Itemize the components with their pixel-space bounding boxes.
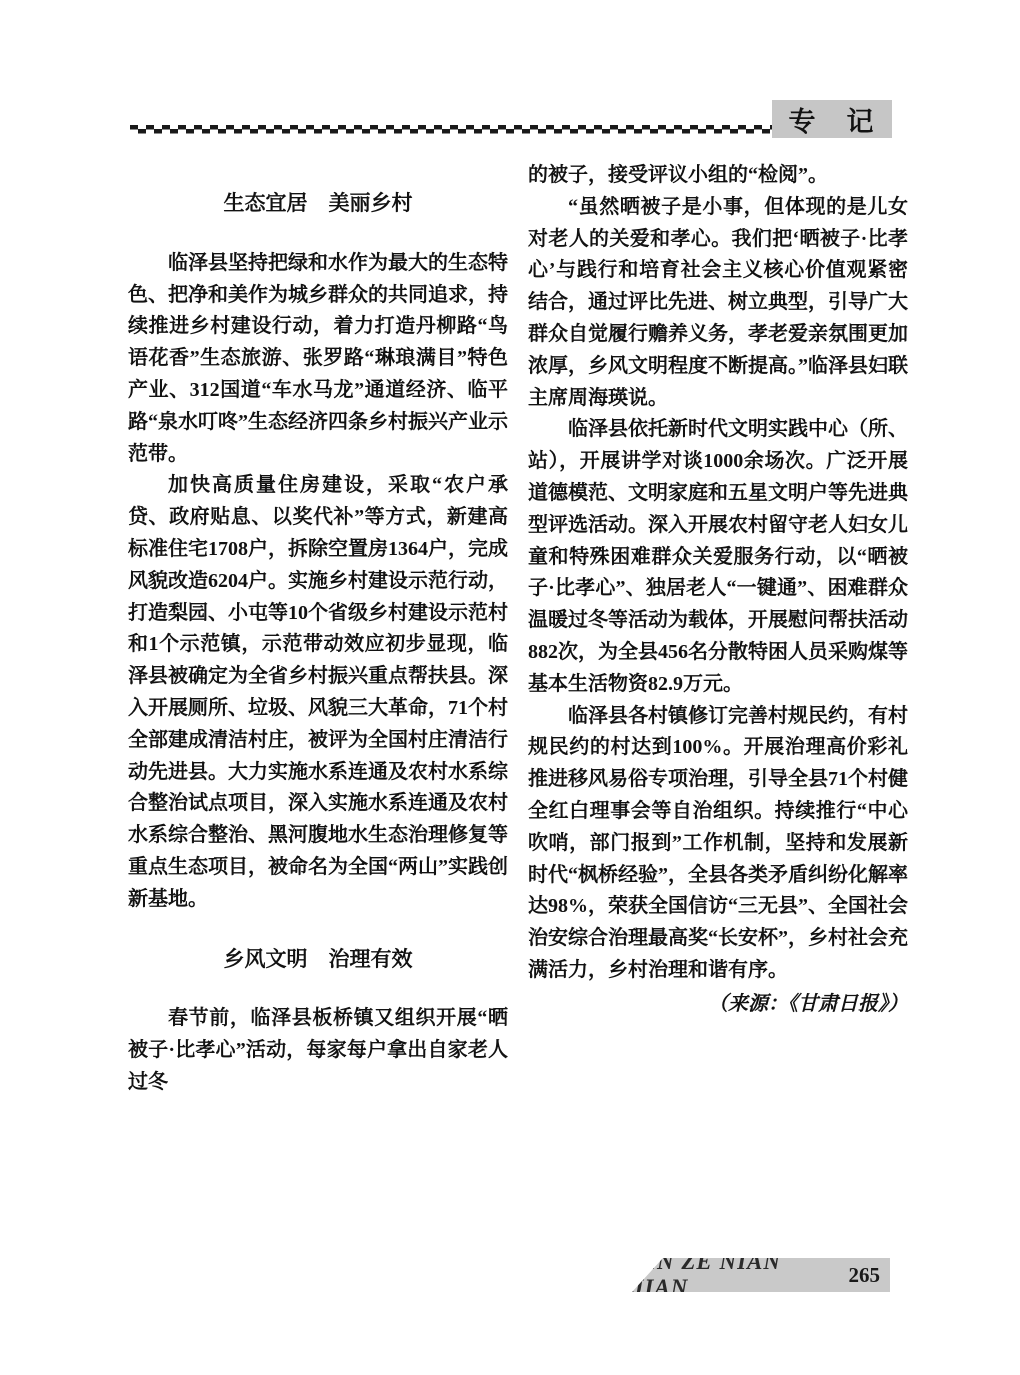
paragraph-quilt-activity-continued: 的被子，接受评议小组的“检阅”。 [528,160,908,192]
yearbook-page: 专 记 生态宜居 美丽乡村 临泽县坚持把绿和水作为最大的生态特色、把净和美作为城… [0,0,1020,1375]
section-title-civility: 乡风文明 治理有效 [128,944,508,976]
page-number: 265 [849,1263,881,1288]
right-column: 的被子，接受评议小组的“检阅”。 “虽然晒被子是小事，但体现的是儿女对老人的关爱… [528,160,908,1021]
paragraph-ecology-1: 临泽县坚持把绿和水作为最大的生态特色、把净和美作为城乡群众的共同追求，持续推进乡… [128,248,508,471]
footer-band: LIN ZE NIAN JIAN 265 [632,1258,890,1292]
section-title-ecology: 生态宜居 美丽乡村 [128,188,508,220]
section-tab: 专 记 [772,100,892,138]
decorative-wave-line [130,125,773,135]
paragraph-civilization-practice: 临泽县依托新时代文明实践中心（所、站），开展讲学对谈1000余场次。广泛开展道德… [528,414,908,700]
paragraph-housing: 加快高质量住房建设，采取“农户承贷、政府贴息、以奖代补”等方式，新建高标准住宅1… [128,470,508,915]
paragraph-quilt-activity-start: 春节前，临泽县板桥镇又组织开展“晒被子·比孝心”活动，每家每户拿出自家老人过冬 [128,1003,508,1098]
journal-title: LIN ZE NIAN JIAN [632,1249,839,1301]
paragraph-quote-chairwoman: “虽然晒被子是小事，但体现的是儿女对老人的关爱和孝心。我们把‘晒被子·比孝心’与… [528,192,908,415]
paragraph-village-governance: 临泽县各村镇修订完善村规民约，有村规民约的村达到100%。开展治理高价彩礼推进移… [528,701,908,987]
left-column: 生态宜居 美丽乡村 临泽县坚持把绿和水作为最大的生态特色、把净和美作为城乡群众的… [128,160,508,1099]
source-attribution: （来源：《甘肃日报》） [528,989,908,1021]
